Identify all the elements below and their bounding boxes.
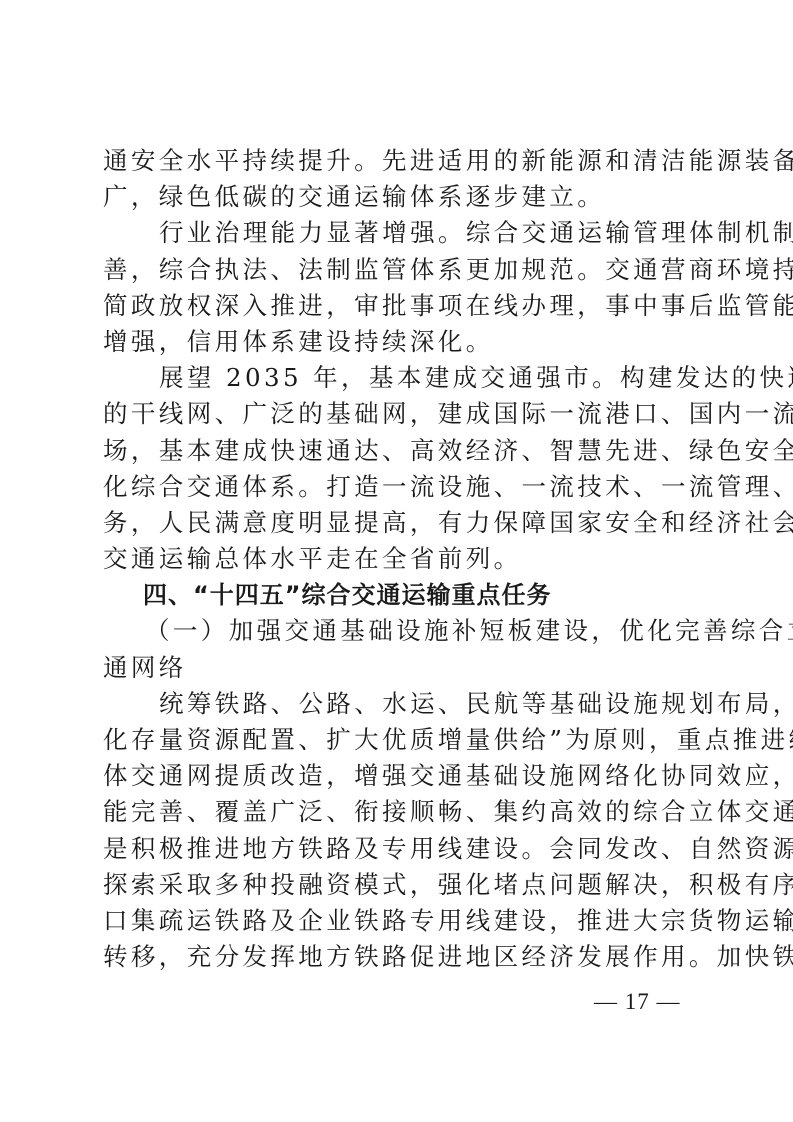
text-line: 的干线网、广泛的基础网，建成国际一流港口、国内一流支线机 bbox=[103, 396, 693, 432]
text-line: 探索采取多种投融资模式，强化堵点问题解决，积极有序推进港 bbox=[103, 867, 693, 903]
text-line: 能完善、覆盖广泛、衔接顺畅、集约高效的综合立体交通网。一 bbox=[103, 794, 693, 830]
text-line: 增强，信用体系建设持续深化。 bbox=[103, 324, 693, 360]
paragraph-start-line: 展望 2035 年，基本建成交通强市。构建发达的快速网、完善 bbox=[103, 360, 693, 396]
text-line: 交通运输总体水平走在全省前列。 bbox=[103, 541, 693, 577]
text-line: 善，综合执法、法制监管体系更加规范。交通营商环境持续优化， bbox=[103, 252, 693, 288]
paragraph-start-line: 行业治理能力显著增强。综合交通运输管理体制机制逐步完 bbox=[103, 215, 693, 251]
text-line: 是积极推进地方铁路及专用线建设。会同发改、自然资源等部门， bbox=[103, 831, 693, 867]
text-line: 化综合交通体系。打造一流设施、一流技术、一流管理、一流服 bbox=[103, 469, 693, 505]
text-line: 场，基本建成快速通达、高效经济、智慧先进、绿色安全的现代 bbox=[103, 433, 693, 469]
text-line: 化存量资源配置、扩大优质增量供给”为原则，重点推进综合立 bbox=[103, 722, 693, 758]
text-line: 简政放权深入推进，审批事项在线办理，事中事后监管能力持续 bbox=[103, 288, 693, 324]
subsection-heading: （一）加强交通基础设施补短板建设，优化完善综合立体交 bbox=[103, 613, 693, 649]
subsection-heading-continued: 通网络 bbox=[103, 650, 693, 686]
page-number: — 17 — bbox=[594, 989, 681, 1015]
text-line: 口集疏运铁路及企业铁路专用线建设，推进大宗货物运输向铁路 bbox=[103, 903, 693, 939]
text-line: 广，绿色低碳的交通运输体系逐步建立。 bbox=[103, 179, 693, 215]
text-line: 体交通网提质改造，增强交通基础设施网络化协同效应，构建功 bbox=[103, 758, 693, 794]
section-heading: 四、“十四五”综合交通运输重点任务 bbox=[103, 577, 693, 613]
text-line: 转移，充分发挥地方铁路促进地区经济发展作用。加快铁路公路 bbox=[103, 939, 693, 975]
text-line: 务，人民满意度明显提高，有力保障国家安全和经济社会发展， bbox=[103, 505, 693, 541]
text-line: 通安全水平持续提升。先进适用的新能源和清洁能源装备全面推 bbox=[103, 143, 693, 179]
document-page: 通安全水平持续提升。先进适用的新能源和清洁能源装备全面推 广，绿色低碳的交通运输… bbox=[103, 143, 693, 975]
paragraph-start-line: 统筹铁路、公路、水运、民航等基础设施规划布局，以“优 bbox=[103, 686, 693, 722]
